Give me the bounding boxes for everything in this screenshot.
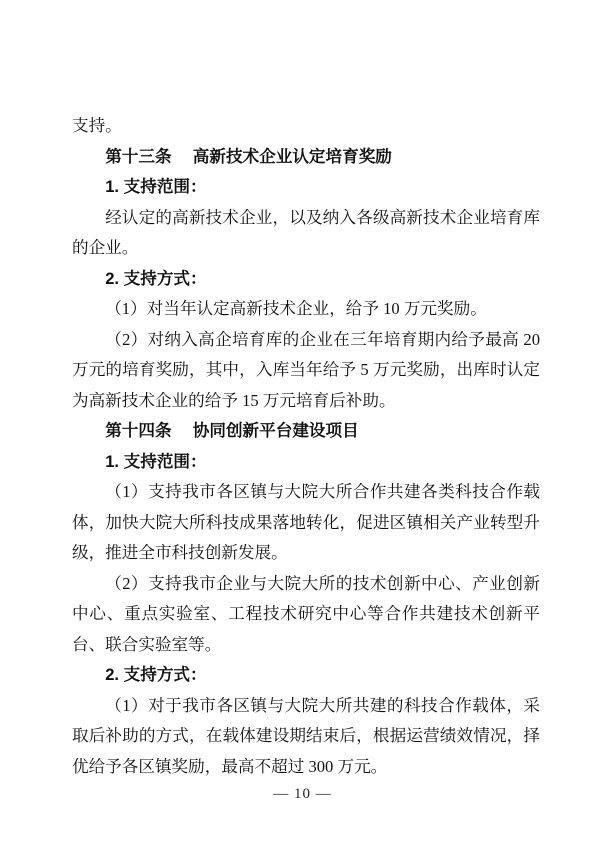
article-14-method-heading: 2. 支持方式：: [72, 660, 540, 691]
document-body: 支持。 第十三条 高新技术企业认定培育奖励 1. 支持范围： 经认定的高新技术企…: [72, 111, 540, 782]
document-page: 支持。 第十三条 高新技术企业认定培育奖励 1. 支持范围： 经认定的高新技术企…: [0, 0, 605, 856]
article-13-method-item-1: （1）对当年认定高新技术企业，给予 10 万元奖励。: [72, 294, 540, 325]
article-13-method-heading: 2. 支持方式：: [72, 264, 540, 295]
article-14-scope-heading: 1. 支持范围：: [72, 447, 540, 478]
article-14-method-item-1: （1）对于我市各区镇与大院大所共建的科技合作载体，采取后补助的方式，在载体建设期…: [72, 691, 540, 783]
article-13-scope-text: 经认定的高新技术企业，以及纳入各级高新技术企业培育库的企业。: [72, 203, 540, 264]
article-14-scope-item-1: （1）支持我市各区镇与大院大所合作共建各类科技合作载体，加快大院大所科技成果落地…: [72, 477, 540, 569]
article-13-heading: 第十三条 高新技术企业认定培育奖励: [72, 142, 540, 173]
article-13-scope-heading: 1. 支持范围：: [72, 172, 540, 203]
page-number: — 10 —: [0, 786, 605, 803]
article-14-scope-item-2: （2）支持我市企业与大院大所的技术创新中心、产业创新中心、重点实验室、工程技术研…: [72, 569, 540, 661]
article-14-heading: 第十四条 协同创新平台建设项目: [72, 416, 540, 447]
article-13-method-item-2: （2）对纳入高企培育库的企业在三年培育期内给予最高 20 万元的培育奖励，其中，…: [72, 325, 540, 417]
paragraph-continuation: 支持。: [72, 111, 540, 142]
